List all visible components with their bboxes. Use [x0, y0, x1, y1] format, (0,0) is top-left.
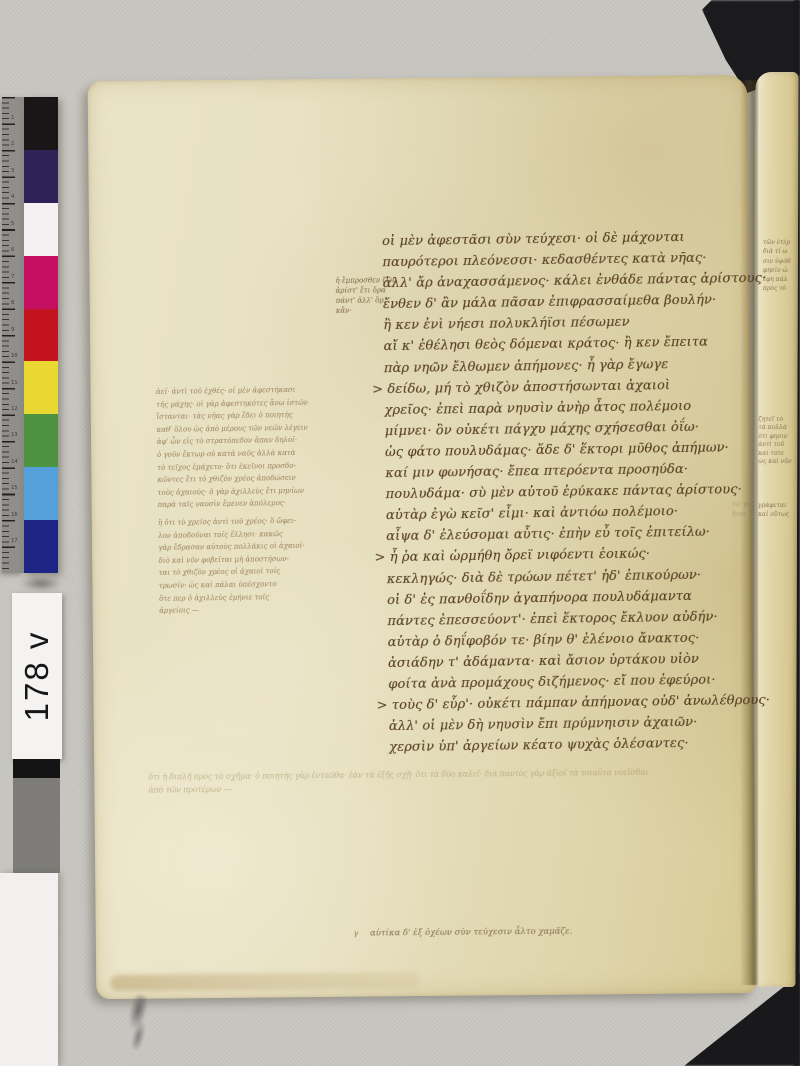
- folio-number-label: 178 v: [12, 593, 62, 759]
- ruler-number: 1: [11, 115, 14, 121]
- text-line: ἤτοι: [732, 509, 772, 519]
- ruler-number: 6: [11, 247, 14, 253]
- text-line: κἄν·: [336, 305, 398, 316]
- ruler-number: 5: [11, 221, 14, 227]
- supplied-verse-mark: γ: [354, 930, 358, 938]
- left-margin-scholia: ἀεί· ἀντὶ τοῦ ἐχθές· οἱ μὲν ἀφεστήκασιτῆ…: [156, 384, 315, 618]
- ruler-number: 3: [11, 168, 14, 174]
- ruler-number: 4: [11, 194, 14, 200]
- color-patch-green: [24, 414, 58, 467]
- ruler-number: 9: [11, 327, 14, 333]
- ruler-number: 14: [11, 459, 18, 465]
- text-line: χερσὶν ὑπ' ἀργείων κέατο ψυχὰς ὀλέσαντες…: [389, 732, 775, 758]
- right-margin-note: τῶ γρἤτοι: [732, 499, 772, 519]
- ruler-number: 17: [11, 538, 18, 544]
- faded-bottom-scholion: ὅτι ἡ διπλῆ πρὸς τὸ σχῆμα· ὁ ποιητὴς γὰρ…: [148, 765, 708, 796]
- ruler-number: 16: [11, 512, 18, 518]
- text-line: ἡ ἔμπροσθεν ζῶν: [335, 275, 397, 286]
- main-text-block-iliad: οἱ μὲν ἀφεστᾶσι σὺν τεύχεσι· οἱ δὲ μάχον…: [382, 226, 775, 759]
- label-gray-segment: [13, 778, 60, 873]
- text-line: τῶ γρ: [732, 499, 772, 509]
- ruler-scale: 1234567891011121314151617: [2, 97, 24, 573]
- color-patch-white: [24, 203, 58, 256]
- color-patch-column: [24, 97, 58, 573]
- ruler-number: 15: [11, 485, 18, 491]
- color-patch-yellow: [24, 361, 58, 414]
- color-patch-light-blue: [24, 467, 58, 520]
- ruler-number: 8: [11, 300, 14, 306]
- text-line: πάντ' ἀλλ' ὅμ.: [336, 295, 398, 306]
- ruler-number: 7: [11, 274, 14, 280]
- text-line: γὰρ ἔδρασαν αὐτοὺς πολλάκις οἱ ἀχαιοί·: [158, 540, 314, 555]
- color-patch-black: [24, 97, 58, 150]
- ruler-shadow-smear: [20, 576, 62, 591]
- text-line: ἀρίστ' ἔτι ὅρα: [336, 285, 398, 296]
- ruler-number: 13: [11, 432, 18, 438]
- text-line: ἀργείοις —: [159, 603, 315, 618]
- parchment-edge-stain: [110, 972, 420, 991]
- manuscript-photo: { "folio": { "label": "178 v" }, "color_…: [0, 0, 800, 1066]
- color-calibration-ruler: 1234567891011121314151617: [2, 97, 58, 573]
- folio-number-text: 178 v: [18, 631, 56, 722]
- supplied-verse-text: αὐτίκα δ' ἐξ ὀχέων σὺν τεύχεσιν ἆλτο χαμ…: [370, 927, 572, 939]
- color-patch-magenta: [24, 256, 58, 309]
- label-white-card: [0, 873, 58, 1066]
- ink-smudge: [116, 992, 160, 1052]
- label-black-segment: [13, 759, 60, 778]
- text-line: παρὰ ταῖς ναυσὶν ἔμενεν ἀπόλεμος·: [158, 497, 314, 512]
- text-line: τῶν ἑτέρ: [763, 238, 799, 247]
- supplied-verse-note: γαὐτίκα δ' ἐξ ὀχέων σὺν τεύχεσιν ἆλτο χα…: [354, 927, 573, 939]
- ruler-number: 10: [11, 353, 18, 359]
- ruler-number: 11: [11, 380, 18, 386]
- parchment-folio: οἱ μὲν ἀφεστᾶσι σὺν τεύχεσι· οἱ δὲ μάχον…: [88, 75, 757, 999]
- ruler-number: 2: [11, 141, 14, 147]
- color-patch-dark-blue: [24, 520, 58, 573]
- intercolumn-gloss-note: ἡ ἔμπροσθεν ζῶνἀρίστ' ἔτι ὅραπάντ' ἀλλ' …: [335, 275, 397, 316]
- text-line: διὰ τί ω: [763, 247, 799, 256]
- text-line: ἢ ὅτι τὸ χρεῖος ἀντὶ τοῦ χρέος· ὃ ὤφει-: [158, 515, 314, 530]
- color-patch-red: [24, 309, 58, 362]
- color-patch-dark-violet: [24, 150, 58, 203]
- ruler-number: 12: [11, 406, 18, 412]
